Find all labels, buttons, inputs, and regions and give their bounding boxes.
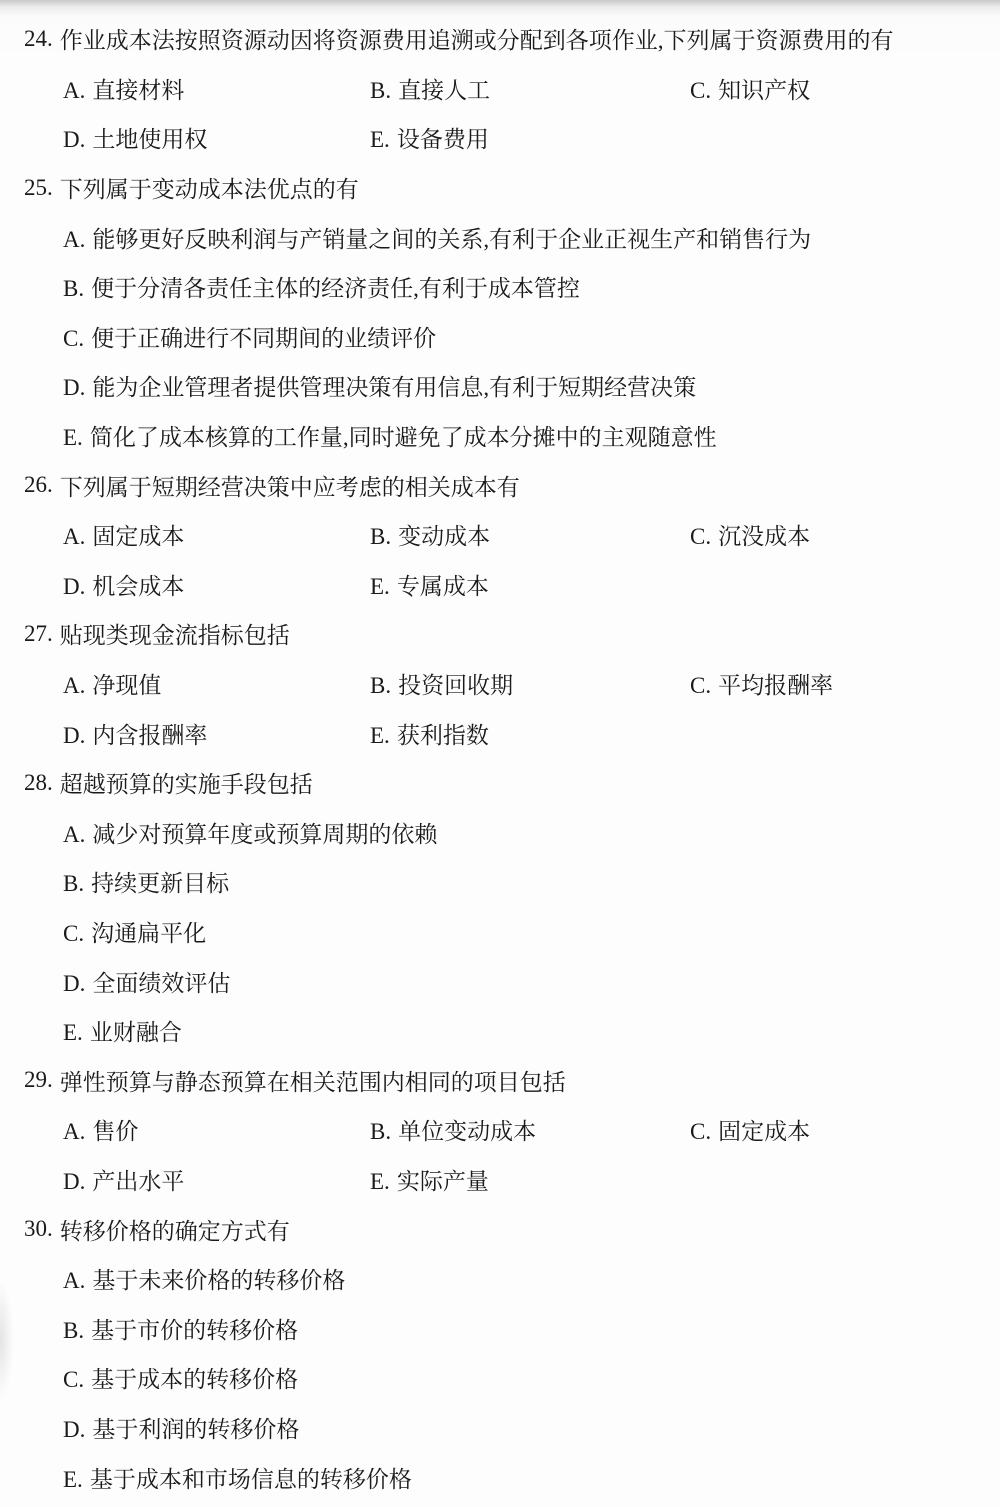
option-text: 减少对预算年度或预算周期的依赖 [92,816,437,849]
question-number: 25. [24,175,53,201]
option-text: 投资回收期 [398,667,513,700]
option-label: E. [63,1020,83,1046]
question-stem-text: 弹性预算与静态预算在相关范围内相同的项目包括 [60,1064,566,1097]
option-text: 持续更新目标 [91,865,229,898]
option: A.减少对预算年度或预算周期的依赖 [63,816,437,849]
question-list: 24.作业成本法按照资源动因将资源费用追溯或分配到各项作业,下列属于资源费用的有… [0,0,1000,1502]
option-row: C.便于正确进行不同期间的业绩评价 [0,312,1000,362]
question-number: 30. [24,1216,53,1242]
question-number: 24. [24,26,53,52]
option: D.基于利润的转移价格 [63,1411,299,1444]
option: C.沟通扁平化 [63,915,206,948]
option-label: C. [690,524,711,550]
option-label: C. [63,326,84,352]
option: A.净现值 [63,667,370,700]
option-row: A.固定成本B.变动成本C.沉没成本 [0,510,1000,560]
option-text: 沟通扁平化 [91,915,206,948]
question-stem-text: 下列属于短期经营决策中应考虑的相关成本有 [60,469,520,502]
option-label: B. [370,524,391,550]
question-stem-line: 24.作业成本法按照资源动因将资源费用追溯或分配到各项作业,下列属于资源费用的有 [0,14,1000,64]
question-block: 27.贴现类现金流指标包括A.净现值B.投资回收期C.平均报酬率D.内含报酬率E… [0,609,1000,758]
question-stem-text: 下列属于变动成本法优点的有 [60,171,359,204]
option-label: E. [370,127,390,153]
option: D.内含报酬率 [63,717,370,750]
option-row: D.基于利润的转移价格 [0,1403,1000,1453]
option: E.获利指数 [370,717,690,750]
option-row: B.基于市价的转移价格 [0,1303,1000,1353]
option: B.变动成本 [370,518,690,551]
option-text: 产出水平 [92,1163,184,1196]
option-text: 专属成本 [397,568,489,601]
option: B.直接人工 [370,72,690,105]
option-label: E. [370,574,390,600]
option-text: 业财融合 [90,1014,182,1047]
option-text: 简化了成本核算的工作量,同时避免了成本分摊中的主观随意性 [90,419,717,452]
option: D.机会成本 [63,568,370,601]
option-text: 基于利润的转移价格 [92,1411,299,1444]
option-label: B. [370,78,391,104]
option: A.基于未来价格的转移价格 [63,1262,345,1295]
option-label: E. [370,723,390,749]
option: B.投资回收期 [370,667,690,700]
exam-page: 24.作业成本法按照资源动因将资源费用追溯或分配到各项作业,下列属于资源费用的有… [0,0,1000,1507]
option-row: A.减少对预算年度或预算周期的依赖 [0,808,1000,858]
option-text: 变动成本 [398,518,490,551]
option-text: 设备费用 [397,121,489,154]
option-text: 平均报酬率 [718,667,833,700]
option-row: A.能够更好反映利润与产销量之间的关系,有利于企业正视生产和销售行为 [0,212,1000,262]
question-stem-line: 27.贴现类现金流指标包括 [0,609,1000,659]
option-row: C.基于成本的转移价格 [0,1353,1000,1403]
option-text: 直接人工 [398,72,490,105]
option-label: E. [63,425,83,451]
option-row: E.基于成本和市场信息的转移价格 [0,1452,1000,1502]
question-stem-line: 28.超越预算的实施手段包括 [0,758,1000,808]
option-row: A.净现值B.投资回收期C.平均报酬率 [0,659,1000,709]
option-label: D. [63,375,85,401]
option: D.能为企业管理者提供管理决策有用信息,有利于短期经营决策 [63,369,696,402]
option-row: D.能为企业管理者提供管理决策有用信息,有利于短期经营决策 [0,361,1000,411]
option: B.持续更新目标 [63,865,229,898]
option-text: 固定成本 [92,518,184,551]
question-block: 25.下列属于变动成本法优点的有A.能够更好反映利润与产销量之间的关系,有利于企… [0,163,1000,461]
option-label: E. [63,1467,83,1493]
option-row: E.业财融合 [0,1006,1000,1056]
question-block: 30.转移价格的确定方式有A.基于未来价格的转移价格B.基于市价的转移价格C.基… [0,1204,1000,1502]
option-label: D. [63,723,85,749]
option-label: C. [63,1367,84,1393]
option-text: 基于市价的转移价格 [91,1312,298,1345]
option: E.设备费用 [370,121,690,154]
option-text: 便于正确进行不同期间的业绩评价 [91,320,436,353]
option-text: 实际产量 [397,1163,489,1196]
option-text: 获利指数 [397,717,489,750]
option-text: 全面绩效评估 [92,965,230,998]
option: B.基于市价的转移价格 [63,1312,298,1345]
option: E.基于成本和市场信息的转移价格 [63,1461,412,1494]
question-stem-text: 转移价格的确定方式有 [60,1213,290,1246]
option-row: D.内含报酬率E.获利指数 [0,708,1000,758]
option-label: D. [63,971,85,997]
option-text: 知识产权 [718,72,810,105]
option-label: C. [690,1119,711,1145]
option: A.固定成本 [63,518,370,551]
option-label: A. [63,227,85,253]
option: E.实际产量 [370,1163,690,1196]
option: A.直接材料 [63,72,370,105]
option-label: D. [63,1417,85,1443]
option-label: D. [63,127,85,153]
option: C.固定成本 [690,1113,1000,1146]
question-stem-text: 超越预算的实施手段包括 [60,766,313,799]
question-stem-line: 30.转移价格的确定方式有 [0,1204,1000,1254]
option-text: 基于成本和市场信息的转移价格 [90,1461,412,1494]
option-text: 便于分清各责任主体的经济责任,有利于成本管控 [91,270,580,303]
option-row: D.全面绩效评估 [0,956,1000,1006]
question-stem-line: 25.下列属于变动成本法优点的有 [0,163,1000,213]
option-row: C.沟通扁平化 [0,907,1000,957]
option-label: C. [63,921,84,947]
option-row: A.售价B.单位变动成本C.固定成本 [0,1105,1000,1155]
option-text: 单位变动成本 [398,1113,536,1146]
question-number: 28. [24,770,53,796]
option-text: 售价 [92,1113,138,1146]
option: C.基于成本的转移价格 [63,1361,298,1394]
option-text: 净现值 [92,667,161,700]
question-block: 29.弹性预算与静态预算在相关范围内相同的项目包括A.售价B.单位变动成本C.固… [0,1055,1000,1204]
option-text: 直接材料 [92,72,184,105]
question-number: 29. [24,1067,53,1093]
option: C.平均报酬率 [690,667,1000,700]
question-stem-text: 贴现类现金流指标包括 [60,617,290,650]
option-text: 沉没成本 [718,518,810,551]
question-stem-line: 29.弹性预算与静态预算在相关范围内相同的项目包括 [0,1055,1000,1105]
option-label: D. [63,574,85,600]
option: C.沉没成本 [690,518,1000,551]
option-label: B. [63,1318,84,1344]
option: C.便于正确进行不同期间的业绩评价 [63,320,436,353]
option: C.知识产权 [690,72,1000,105]
option-text: 土地使用权 [92,121,207,154]
option-label: C. [690,78,711,104]
option-text: 基于未来价格的转移价格 [92,1262,345,1295]
option: A.售价 [63,1113,370,1146]
question-number: 27. [24,621,53,647]
option-label: A. [63,1268,85,1294]
question-block: 24.作业成本法按照资源动因将资源费用追溯或分配到各项作业,下列属于资源费用的有… [0,14,1000,163]
option-text: 固定成本 [718,1113,810,1146]
option-text: 能够更好反映利润与产销量之间的关系,有利于企业正视生产和销售行为 [92,221,811,254]
option-text: 能为企业管理者提供管理决策有用信息,有利于短期经营决策 [92,369,696,402]
question-number: 26. [24,472,53,498]
option: D.土地使用权 [63,121,370,154]
option-row: A.基于未来价格的转移价格 [0,1254,1000,1304]
option: B.便于分清各责任主体的经济责任,有利于成本管控 [63,270,580,303]
option-text: 机会成本 [92,568,184,601]
option-row: B.持续更新目标 [0,857,1000,907]
option-label: A. [63,78,85,104]
option-row: E.简化了成本核算的工作量,同时避免了成本分摊中的主观随意性 [0,411,1000,461]
option: A.能够更好反映利润与产销量之间的关系,有利于企业正视生产和销售行为 [63,221,811,254]
option: D.产出水平 [63,1163,370,1196]
option-label: C. [690,673,711,699]
option-row: B.便于分清各责任主体的经济责任,有利于成本管控 [0,262,1000,312]
option-label: A. [63,673,85,699]
option-label: B. [370,1119,391,1145]
option-row: D.机会成本E.专属成本 [0,560,1000,610]
option-text: 内含报酬率 [92,717,207,750]
question-block: 28.超越预算的实施手段包括A.减少对预算年度或预算周期的依赖B.持续更新目标C… [0,758,1000,1056]
option: E.专属成本 [370,568,690,601]
option-label: B. [370,673,391,699]
option: D.全面绩效评估 [63,965,230,998]
option: B.单位变动成本 [370,1113,690,1146]
option-label: E. [370,1169,390,1195]
option-label: B. [63,276,84,302]
question-stem-text: 作业成本法按照资源动因将资源费用追溯或分配到各项作业,下列属于资源费用的有 [60,22,894,55]
option: E.业财融合 [63,1014,182,1047]
option-row: D.产出水平E.实际产量 [0,1155,1000,1205]
option-row: D.土地使用权E.设备费用 [0,113,1000,163]
option-row: A.直接材料B.直接人工C.知识产权 [0,64,1000,114]
option-label: D. [63,1169,85,1195]
question-block: 26.下列属于短期经营决策中应考虑的相关成本有A.固定成本B.变动成本C.沉没成… [0,460,1000,609]
option-text: 基于成本的转移价格 [91,1361,298,1394]
option-label: A. [63,524,85,550]
question-stem-line: 26.下列属于短期经营决策中应考虑的相关成本有 [0,460,1000,510]
option-label: A. [63,822,85,848]
option: E.简化了成本核算的工作量,同时避免了成本分摊中的主观随意性 [63,419,717,452]
option-label: A. [63,1119,85,1145]
option-label: B. [63,871,84,897]
